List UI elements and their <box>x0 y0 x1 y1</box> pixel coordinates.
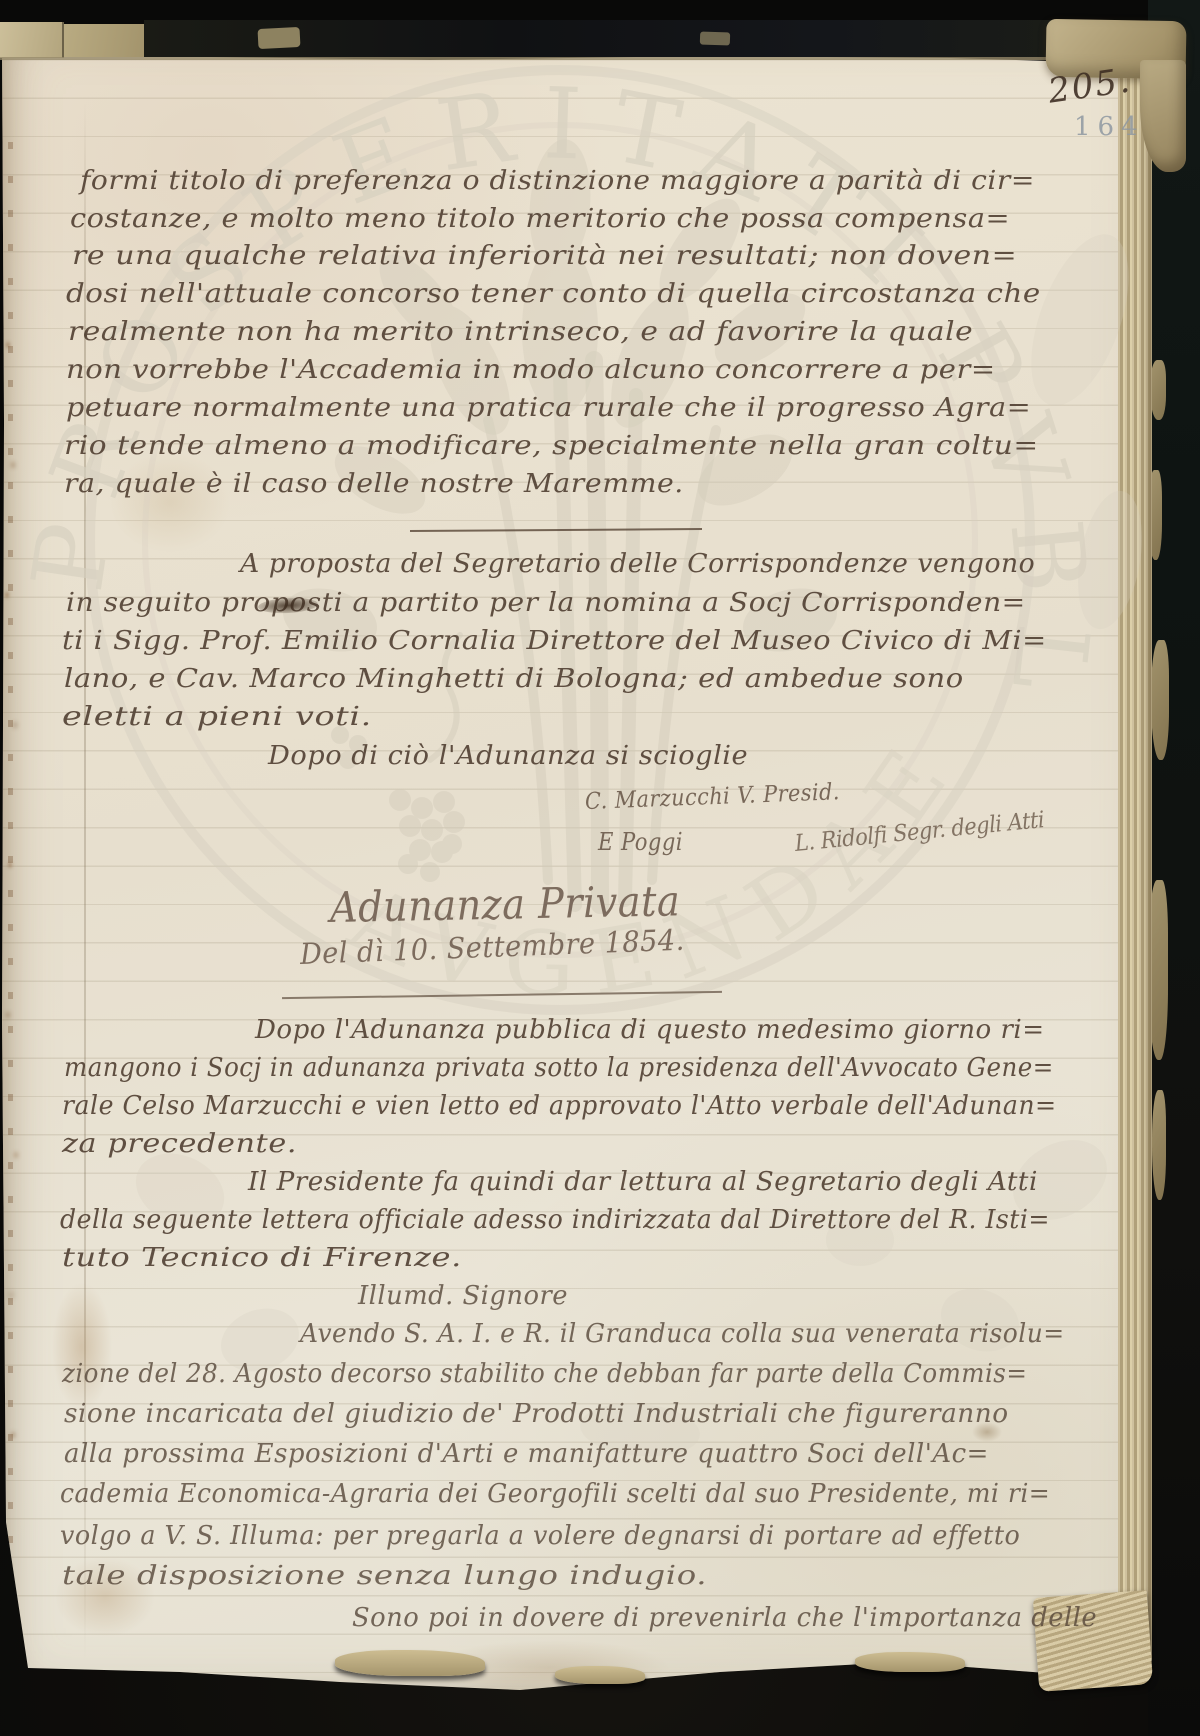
photo-backdrop: PROSPERITATI PVBLICAE AVGENDAE <box>0 0 1200 1736</box>
paragraph-adunanza-privata-line: za precedente. <box>62 1129 297 1159</box>
paragraph-adunanza-privata-line: Dopo l'Adunanza pubblica di questo medes… <box>255 1015 1045 1045</box>
paragraph-nomina-line: eletti a pieni voti. <box>62 702 372 732</box>
paragraph-merito-line: realmente non ha merito intrinseco, e ad… <box>68 317 973 347</box>
meeting-heading-line: Adunanza Privata <box>330 876 681 932</box>
paragraph-adunanza-privata-line: della seguente lettera officiale adesso … <box>60 1205 1050 1235</box>
paragraph-nomina-line: ti i Sigg. Prof. Emilio Cornalia Diretto… <box>62 626 1047 656</box>
paragraph-merito-line: non vorrebbe l'Accademia in modo alcuno … <box>66 355 996 385</box>
folio-number-stamp: 164 <box>1074 112 1145 142</box>
letter-text-line: alla prossima Esposizioni d'Arti e manif… <box>64 1439 989 1469</box>
letter-text-line: Sono poi in dovere di prevenirla che l'i… <box>352 1603 1097 1633</box>
paragraph-adunanza-privata-line: rale Celso Marzucchi e vien letto ed app… <box>62 1091 1057 1121</box>
paragraph-adunanza-privata-line: tuto Tecnico di Firenze. <box>62 1243 462 1273</box>
letter-text-line: Illumd. Signore <box>358 1281 568 1311</box>
paragraph-adunanza-privata-line: mangono i Socj in adunanza privata sotto… <box>64 1053 1054 1083</box>
paragraph-merito-line: re una qualche relativa inferiorità nei … <box>72 241 1017 271</box>
paragraph-merito-line: dosi nell'attuale concorso tener conto d… <box>66 279 1041 309</box>
signature-line: C. Marzucchi V. Presid. <box>585 779 841 815</box>
paragraph-merito-line: formi titolo di preferenza o distinzione… <box>80 166 1035 196</box>
paragraph-merito-line: rio tende almeno a modificare, specialme… <box>64 431 1039 461</box>
manuscript-text-layer: formi titolo di preferenza o distinzione… <box>0 0 1200 1736</box>
paragraph-merito-line: ra, quale è il caso delle nostre Maremme… <box>64 469 684 499</box>
letter-text-line: tale disposizione senza lungo indugio. <box>62 1561 707 1591</box>
paragraph-nomina-line: in seguito proposti a partito per la nom… <box>66 588 1026 618</box>
paragraph-merito-line: costanze, e molto meno titolo meritorio … <box>70 204 1010 234</box>
letter-text-line: volgo a V. S. Illuma: per pregarla a vol… <box>60 1521 1020 1551</box>
paragraph-nomina-line: A proposta del Segretario delle Corrispo… <box>240 549 1035 579</box>
paragraph-adunanza-privata-line: Il Presidente fa quindi dar lettura al S… <box>248 1167 1038 1197</box>
letter-text-line: cademia Economica-Agraria dei Georgofili… <box>60 1479 1050 1509</box>
signature-line: E Poggi <box>598 828 683 856</box>
paragraph-nomina-line: lano, e Cav. Marco Minghetti di Bologna;… <box>64 664 964 694</box>
paragraph-merito-line: petuare normalmente una pratica rurale c… <box>66 393 1031 423</box>
letter-text-line: sione incaricata del giudizio de' Prodot… <box>64 1399 1009 1429</box>
paragraph-nomina-line: Dopo di ciò l'Adunanza si scioglie <box>268 741 748 771</box>
signature-line: L. Ridolfi Segr. degli Atti <box>794 807 1045 857</box>
letter-text-line: Avendo S. A. I. e R. il Granduca colla s… <box>300 1319 1065 1349</box>
letter-text-line: zione del 28. Agosto decorso stabilito c… <box>62 1359 1027 1389</box>
